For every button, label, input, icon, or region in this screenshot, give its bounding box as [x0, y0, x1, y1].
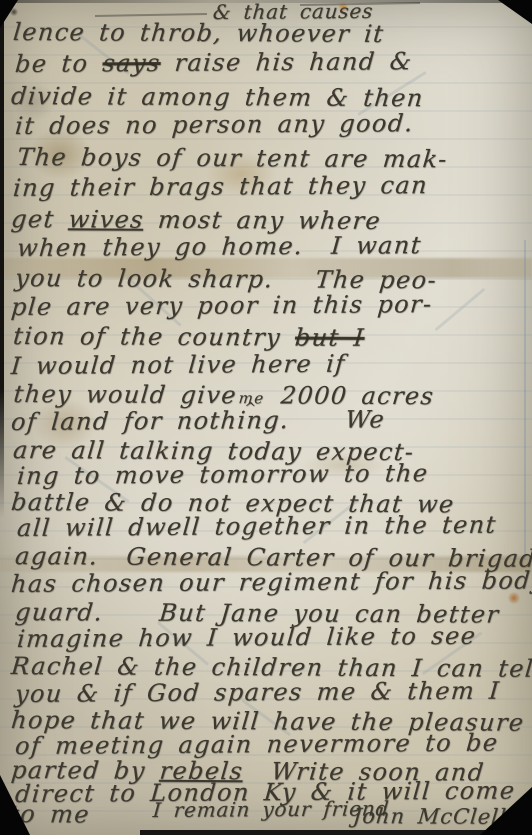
letter-line: ing to move tomorrow to the — [16, 459, 430, 490]
letter-line: divide it among them & then — [10, 82, 425, 112]
letter-line: be to says raise his hand & — [14, 47, 414, 78]
letter-line: it does no person any good. — [14, 109, 415, 140]
letter-line: of land for nothing. We — [10, 405, 386, 436]
letter-line: has chosen our regiment for his body- — [10, 566, 532, 598]
scan-edge — [0, 0, 4, 518]
letter-line: lence to throb, whoever it — [12, 18, 386, 48]
letter-line: ing their brags that they can — [12, 171, 429, 202]
letter-line: to me — [8, 800, 91, 828]
signature: John McClelland — [352, 804, 532, 829]
stray-ink-line — [95, 13, 207, 17]
underlined-word: wives — [67, 205, 145, 233]
letter-line: get wives most any where — [10, 205, 382, 235]
adjacent-page-rule — [524, 240, 526, 560]
letter-line: ple are very poor in this por- — [10, 290, 434, 321]
letter-line: I would not live here if — [10, 350, 347, 380]
letter-line: The boys of our tent are mak- — [16, 143, 449, 173]
ink-bleed-mark — [435, 288, 486, 331]
letter-line: you & if God spares me & them I — [14, 677, 501, 708]
letter-line: tion of the country but I — [12, 322, 366, 352]
letter-line: when they go home. I want — [16, 231, 423, 262]
letter-page: & that causes lence to throb, whoever it… — [0, 0, 532, 835]
letter-line: of meeting again nevermore to be — [14, 729, 500, 760]
stain — [10, 8, 18, 16]
letter-line: all will dwell together in the tent — [16, 511, 498, 542]
scan-edge — [140, 830, 532, 835]
letter-line: imagine how I would like to see — [16, 622, 477, 653]
struck-word: but I — [294, 323, 366, 351]
scan-corner — [498, 0, 532, 24]
struck-word: says — [101, 49, 161, 77]
